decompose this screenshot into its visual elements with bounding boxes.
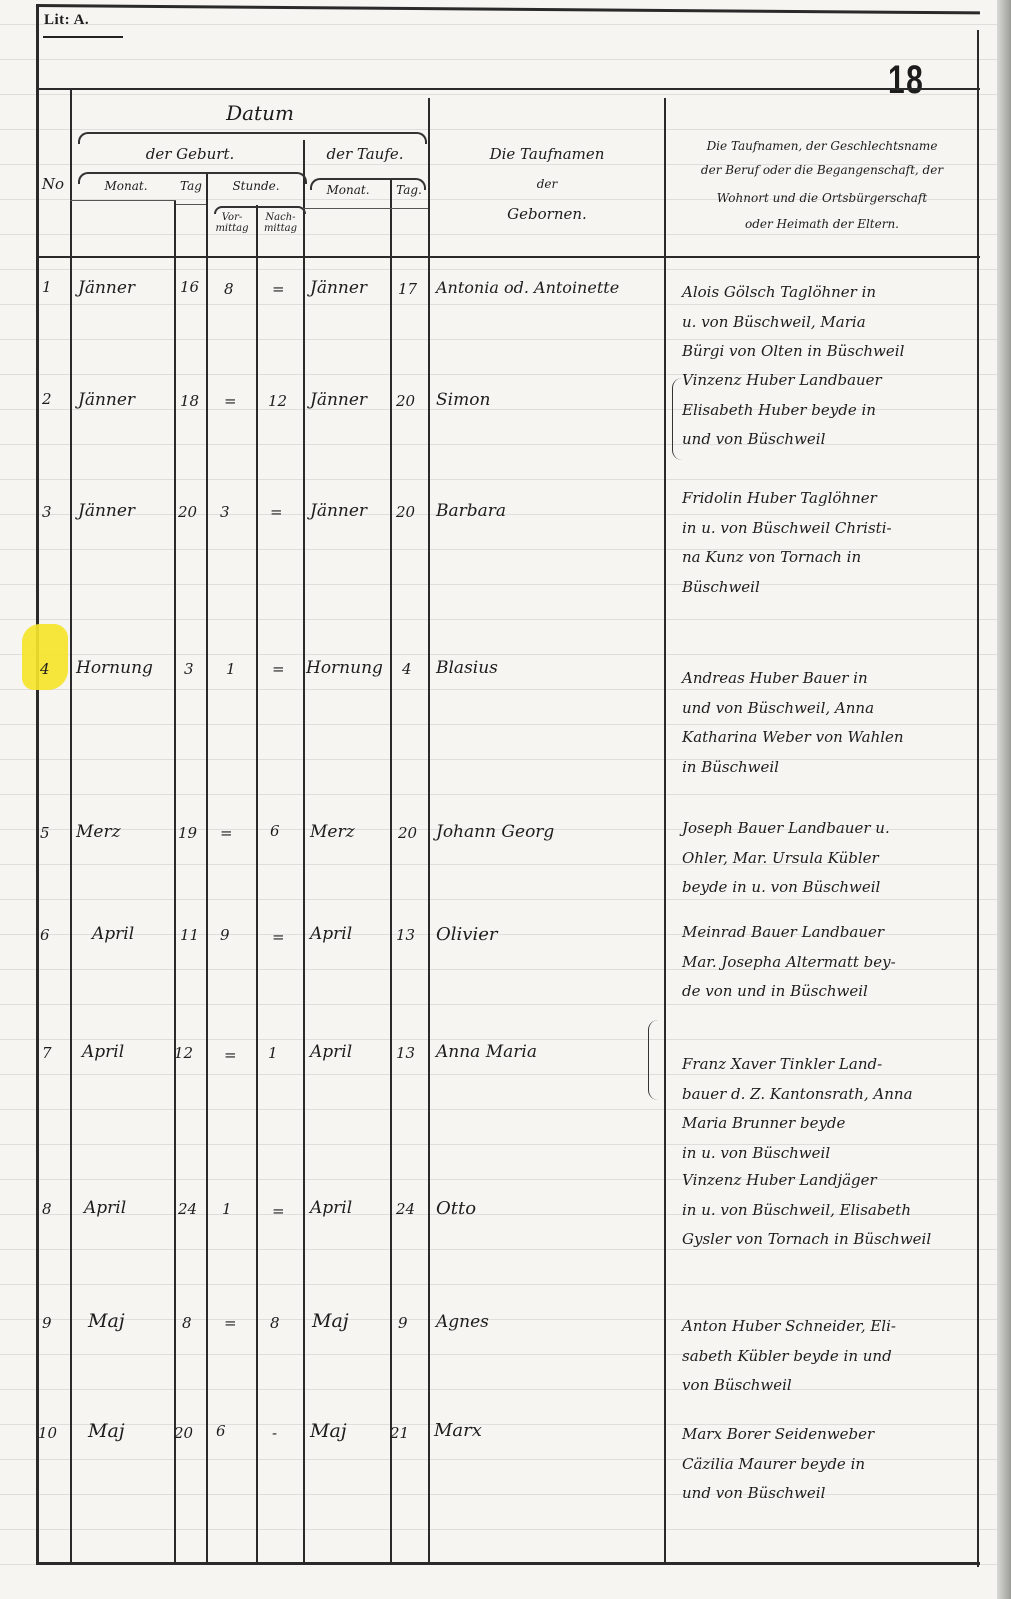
header-eltern-line1: Die Taufnamen, der Geschlechtsname (666, 140, 978, 154)
birth-hour-pm: 6 (270, 822, 280, 840)
header-stunde: Stunde. (210, 180, 302, 194)
header-sub-rule-2 (176, 204, 206, 205)
birth-hour-am: = (224, 392, 237, 410)
birth-hour-am: 9 (220, 926, 230, 944)
birth-month: April (92, 924, 134, 944)
header-sub-rule-1 (70, 200, 176, 201)
birth-hour-am: 1 (226, 660, 236, 678)
baptism-month: Jänner (310, 278, 367, 298)
birth-hour-pm: = (272, 1202, 285, 1220)
table-top-rule (36, 88, 980, 90)
header-taufnamen-line3: Gebornen. (432, 206, 662, 223)
entry-number: 8 (42, 1200, 52, 1218)
parents-text: Vinzenz Huber Landjäger in u. von Büschw… (682, 1166, 931, 1255)
baptismal-name: Marx (434, 1420, 482, 1441)
birth-month: Merz (76, 822, 121, 842)
birth-hour-pm: 12 (268, 392, 287, 410)
baptism-month: Maj (312, 1310, 349, 1332)
header-datum-brace (78, 132, 427, 144)
baptism-month: Maj (310, 1420, 347, 1442)
baptismal-name: Simon (436, 390, 490, 410)
birth-day: 3 (184, 660, 194, 678)
birth-hour-pm: - (272, 1424, 277, 1442)
baptism-day: 9 (398, 1314, 408, 1332)
birth-day: 19 (178, 824, 197, 842)
birth-hour-pm: = (272, 660, 285, 678)
parents-text: Marx Borer Seidenweber Cäzilia Maurer be… (682, 1420, 874, 1509)
birth-hour-am: 8 (224, 280, 234, 298)
birth-hour-am: = (224, 1314, 237, 1332)
entry-number: 7 (42, 1044, 52, 1062)
header-taufnamen-line1: Die Taufnamen (432, 146, 662, 163)
birth-day: 12 (174, 1044, 193, 1062)
header-taufe: der Taufe. (305, 146, 425, 163)
header-geburt: der Geburt. (90, 146, 290, 163)
header-birth-month: Monat. (78, 180, 174, 194)
baptismal-name: Antonia od. Antoinette (436, 278, 619, 297)
frame-bottom-border (36, 1562, 980, 1565)
baptism-day: 20 (396, 503, 415, 521)
frame-left-border (36, 4, 39, 1564)
header-baptism-day: Tag. (391, 184, 427, 198)
baptism-month: Merz (310, 822, 355, 842)
birth-hour-pm: = (270, 503, 283, 521)
baptismal-name: Johann Georg (436, 822, 554, 842)
birth-hour-pm: = (272, 928, 285, 946)
baptism-month: Jänner (310, 501, 367, 521)
birth-month: Jänner (78, 278, 135, 298)
baptismal-name: Barbara (436, 501, 506, 521)
baptismal-name: Olivier (436, 924, 497, 945)
header-eltern-line4: oder Heimath der Eltern. (666, 218, 978, 232)
baptism-day: 20 (398, 824, 417, 842)
parents-text: Meinrad Bauer Landbauer Mar. Josepha Alt… (682, 918, 896, 1007)
header-eltern-line3: Wohnort und die Ortsbürgerschaft (666, 192, 978, 206)
birth-month: Jänner (78, 390, 135, 410)
bracket-mark (648, 1020, 665, 1100)
entry-number: 4 (40, 660, 50, 678)
birth-hour-am: 1 (222, 1200, 232, 1218)
birth-day: 18 (180, 392, 199, 410)
baptism-month: April (310, 924, 352, 944)
baptism-month: Jänner (310, 390, 367, 410)
baptismal-name: Agnes (436, 1312, 489, 1332)
birth-hour-pm: 8 (270, 1314, 280, 1332)
col-divider-no (70, 90, 72, 1564)
register-page: Lit: A. 18 Datum der Geburt. der Taufe. … (0, 0, 1011, 1599)
entry-number: 1 (42, 278, 52, 296)
birth-day: 24 (178, 1200, 197, 1218)
parents-text: Vinzenz Huber Landbauer Elisabeth Huber … (682, 366, 882, 455)
birth-hour-am: = (224, 1046, 237, 1064)
col-divider-vormittag (256, 205, 258, 1564)
birth-day: 20 (174, 1424, 193, 1442)
baptism-month: Hornung (306, 658, 383, 678)
birth-day: 20 (178, 503, 197, 521)
col-divider-nachmittag (303, 140, 305, 1564)
baptism-month: April (310, 1198, 352, 1218)
birth-hour-pm: 1 (268, 1044, 278, 1062)
baptism-month: April (310, 1042, 352, 1062)
col-divider-birth-day (206, 172, 208, 1564)
birth-month: Maj (88, 1420, 125, 1442)
header-bottom-rule (36, 256, 980, 258)
baptism-day: 21 (390, 1424, 409, 1442)
birth-month: Jänner (78, 501, 135, 521)
entry-number: 2 (42, 390, 52, 408)
parents-text: Franz Xaver Tinkler Land- bauer d. Z. Ka… (682, 1050, 913, 1168)
birth-month: April (82, 1042, 124, 1062)
header-birth-day: Tag (176, 180, 206, 194)
bracket-mark (672, 378, 689, 460)
birth-month: Hornung (76, 658, 153, 678)
yellow-highlight-mark (22, 624, 68, 690)
entry-number: 10 (38, 1424, 57, 1442)
baptism-day: 17 (398, 280, 417, 298)
birth-day: 11 (180, 926, 199, 944)
birth-hour-am: 3 (220, 503, 230, 521)
list-label: Lit: A. (44, 12, 89, 29)
baptism-day: 24 (396, 1200, 415, 1218)
parents-text: Fridolin Huber Taglöhner in u. von Büsch… (682, 484, 892, 602)
book-binding-edge (997, 0, 1011, 1599)
header-taufnamen-line2: der (432, 178, 662, 192)
baptism-day: 13 (396, 926, 415, 944)
entry-number: 5 (40, 824, 50, 842)
birth-hour-am: 6 (216, 1422, 226, 1440)
parents-text: Anton Huber Schneider, Eli- sabeth Küble… (682, 1312, 896, 1401)
birth-hour-am: = (220, 824, 233, 842)
header-eltern-line2: der Beruf oder die Begangenschaft, der (666, 164, 978, 178)
col-divider-baptism-month (390, 180, 392, 1564)
entry-number: 3 (42, 503, 52, 521)
baptism-day: 4 (402, 660, 412, 678)
header-datum: Datum (200, 102, 320, 125)
header-vormittag: Vor-mittag (208, 212, 256, 234)
frame-right-border (977, 30, 979, 1567)
entry-number: 6 (40, 926, 50, 944)
frame-top-border (36, 4, 980, 14)
list-label-underline (43, 36, 123, 38)
baptism-day: 13 (396, 1044, 415, 1062)
col-divider-baptism-day (428, 98, 430, 1564)
baptism-day: 20 (396, 392, 415, 410)
birth-hour-pm: = (272, 280, 285, 298)
entry-number: 9 (42, 1314, 52, 1332)
baptismal-name: Otto (436, 1198, 476, 1219)
header-baptism-month: Monat. (306, 184, 390, 198)
birth-month: April (84, 1198, 126, 1218)
parents-text: Joseph Bauer Landbauer u. Ohler, Mar. Ur… (682, 814, 890, 903)
col-divider-birth-month (174, 200, 176, 1564)
parents-text: Andreas Huber Bauer in und von Büschweil… (682, 664, 904, 782)
page-number: 18 (888, 58, 924, 103)
baptismal-name: Anna Maria (436, 1042, 537, 1062)
baptismal-name: Blasius (436, 658, 498, 678)
header-sub-rule-3 (303, 208, 428, 209)
parents-text: Alois Gölsch Taglöhner in u. von Büschwe… (682, 278, 904, 367)
header-nachmittag: Nach-mittag (258, 212, 303, 234)
col-divider-names (664, 98, 666, 1564)
header-no: No (36, 176, 70, 193)
birth-day: 16 (180, 278, 199, 296)
birth-month: Maj (88, 1310, 125, 1332)
birth-day: 8 (182, 1314, 192, 1332)
